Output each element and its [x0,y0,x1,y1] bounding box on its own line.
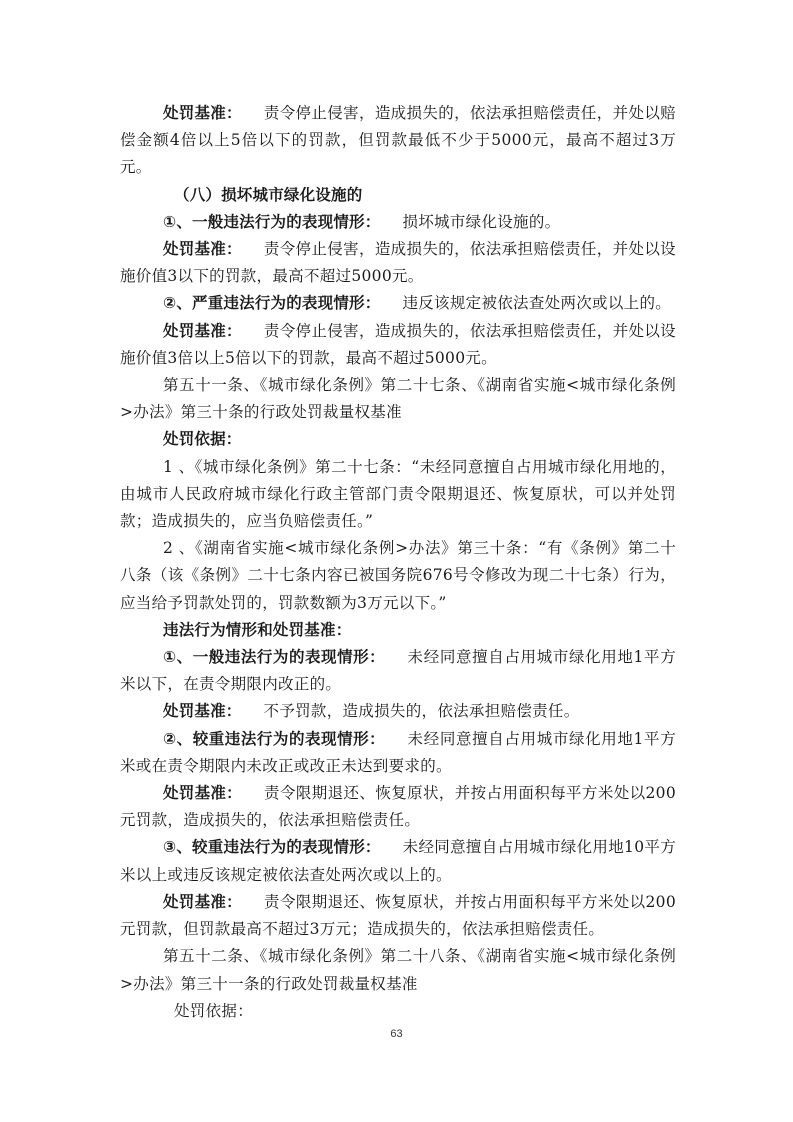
paragraph-penalty-standard: 处罚基准：责令限期退还、恢复原状，并按占用面积每平方米处以200元罚款，造成损失… [120,780,676,834]
label: 处罚基准： [163,893,242,911]
body-text: 违反该规定被依法查处两次或以上的。 [402,294,671,312]
legal-basis-item-1: 1 、《城市绿化条例》第二十七条：“未经同意擅自占用城市绿化用地的，由城市人民政… [120,454,676,536]
article-title: 第五十二条、《城市绿化条例》第二十八条、《湖南省实施<城市绿化条例>办法》第三十… [120,943,676,997]
legal-basis-item-2: 2 、《湖南省实施<城市绿化条例>办法》第三十条：“有《条例》第二十八条（该《条… [120,535,676,617]
label: 处罚基准： [163,104,242,122]
page-number: 63 [0,1028,793,1040]
section-heading: （八）损坏城市绿化设施的 [120,182,676,209]
document-page: 处罚基准：责令停止侵害，造成损失的，依法承担赔偿责任，并处以赔偿金额4倍以上5倍… [120,100,676,1025]
paragraph-penalty-standard: 处罚基准：责令停止侵害，造成损失的，依法承担赔偿责任，并处以设施价值3倍以上5倍… [120,318,676,372]
label: ①、一般违法行为的表现情形： [163,213,380,231]
penalty-basis-label: 处罚依据： [120,998,676,1025]
label: 处罚基准： [163,784,242,802]
violation-standards-heading: 违法行为情形和处罚基准： [120,617,676,644]
article-title: 第五十一条、《城市绿化条例》第二十七条、《湖南省实施<城市绿化条例>办法》第三十… [120,372,676,426]
label: ③、较重违法行为的表现情形： [163,838,381,856]
label: ②、严重违法行为的表现情形： [163,294,380,312]
label: ①、一般违法行为的表现情形： [163,648,385,666]
paragraph-general-violation: ①、一般违法行为的表现情形：损坏城市绿化设施的。 [120,209,676,236]
paragraph-moderate-violation-3: ③、较重违法行为的表现情形：未经同意擅自占用城市绿化用地10平方米以上或违反该规… [120,834,676,888]
label: ②、较重违法行为的表现情形： [163,730,385,748]
paragraph-general-violation: ①、一般违法行为的表现情形：未经同意擅自占用城市绿化用地1平方米以下，在责令期限… [120,644,676,698]
paragraph-penalty-standard: 处罚基准：不予罚款，造成损失的，依法承担赔偿责任。 [120,698,676,725]
label: 处罚基准： [163,702,242,720]
body-text: 不予罚款，造成损失的，依法承担赔偿责任。 [264,702,580,720]
paragraph-penalty-standard: 处罚基准：责令停止侵害，造成损失的，依法承担赔偿责任，并处以赔偿金额4倍以上5倍… [120,100,676,182]
paragraph-penalty-standard: 处罚基准：责令停止侵害，造成损失的，依法承担赔偿责任，并处以设施价值3以下的罚款… [120,236,676,290]
label: 处罚基准： [163,322,242,340]
body-text: 损坏城市绿化设施的。 [402,213,560,231]
label: 处罚基准： [163,240,242,258]
penalty-basis-heading: 处罚依据： [120,426,676,453]
paragraph-moderate-violation: ②、较重违法行为的表现情形：未经同意擅自占用城市绿化用地1平方米或在责令期限内未… [120,726,676,780]
paragraph-serious-violation: ②、严重违法行为的表现情形：违反该规定被依法查处两次或以上的。 [120,290,676,317]
paragraph-penalty-standard: 处罚基准：责令限期退还、恢复原状，并按占用面积每平方米处以200元罚款，但罚款最… [120,889,676,943]
